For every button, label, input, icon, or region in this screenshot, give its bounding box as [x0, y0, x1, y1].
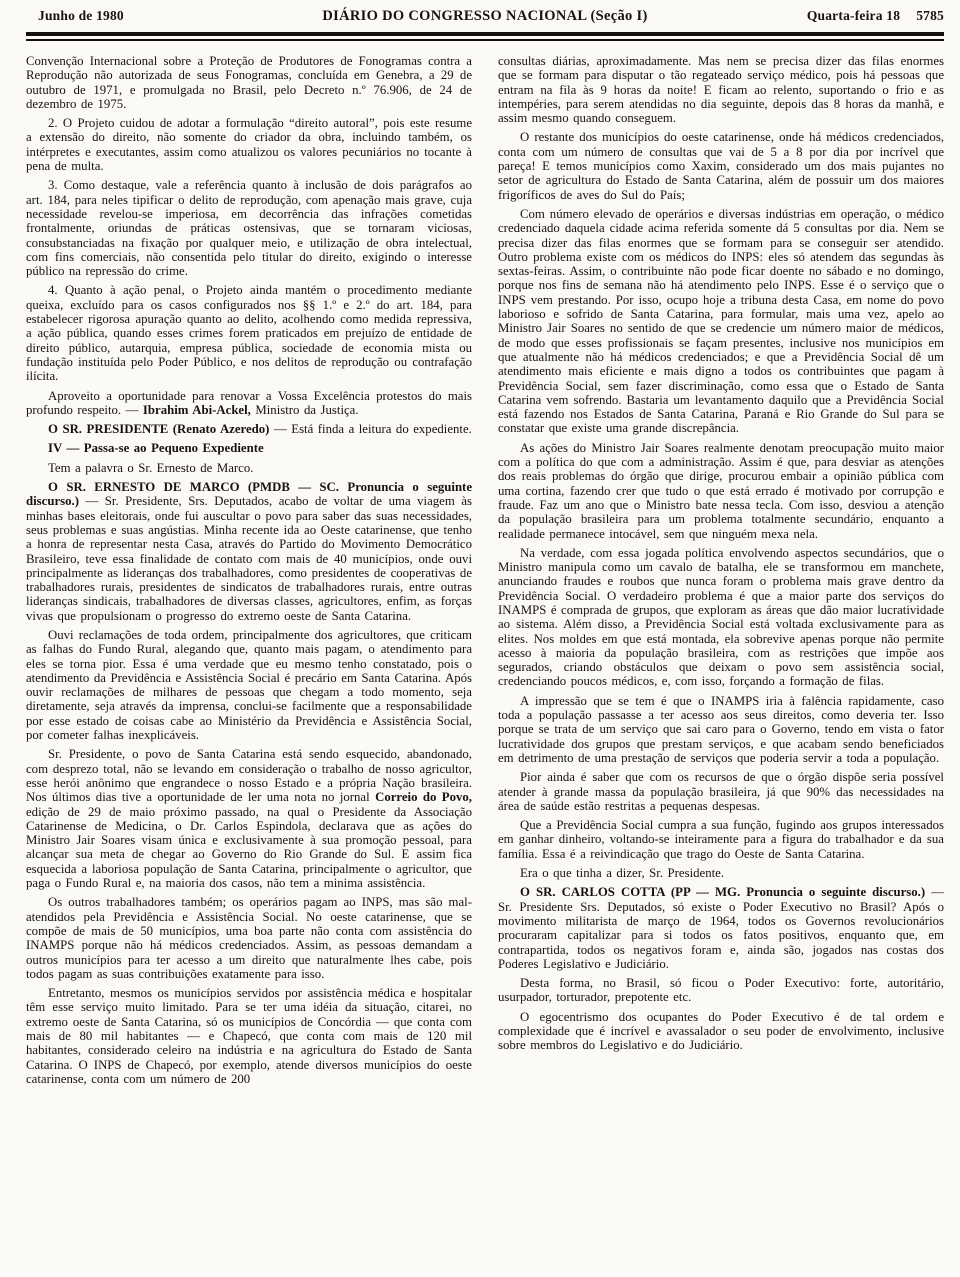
header-rule [26, 32, 944, 41]
paragraph: Ouvi reclamações de toda ordem, principa… [26, 628, 472, 742]
paragraph: Sr. Presidente, o povo de Santa Catarina… [26, 747, 472, 890]
text-segment: Ouvi reclamações de toda ordem, principa… [26, 628, 472, 742]
paragraph: O SR. PRESIDENTE (Renato Azeredo) — Está… [26, 422, 472, 436]
text-segment: Pior ainda é saber que com os recursos d… [498, 770, 944, 813]
paragraph: A impressão que se tem é que o INAMPS ir… [498, 694, 944, 765]
text-segment: Que a Previdência Social cumpra a sua fu… [498, 818, 944, 861]
paragraph: 4. Quanto à ação penal, o Projeto ainda … [26, 283, 472, 383]
paragraph: O SR. CARLOS COTTA (PP — MG. Pronuncia o… [498, 885, 944, 971]
text-segment: Era o que tinha a dizer, Sr. Presidente. [520, 866, 724, 880]
gazette-page: Junho de 1980 DIÁRIO DO CONGRESSO NACION… [0, 0, 960, 1091]
header-date: Junho de 1980 [26, 8, 246, 24]
text-segment: — Está finda a leitura do expediente. [269, 422, 471, 436]
content: Convenção Internacional sobre a Proteção… [26, 54, 944, 1091]
text-segment: Desta forma, no Brasil, só ficou o Poder… [498, 976, 944, 1004]
text-segment: As ações do Ministro Jair Soares realmen… [498, 441, 944, 541]
text-segment: IV — Passa-se ao Pequeno Expediente [48, 441, 264, 455]
text-segment: Tem a palavra o Sr. Ernesto de Marco. [48, 461, 253, 475]
text-segment: Convenção Internacional sobre a Proteção… [26, 54, 472, 111]
paragraph: Na verdade, com essa jogada política env… [498, 546, 944, 689]
paragraph: Era o que tinha a dizer, Sr. Presidente. [498, 866, 944, 880]
page: { "header": { "date": "Junho de 1980", "… [0, 0, 960, 1277]
text-segment: O egocentrismo dos ocupantes do Poder Ex… [498, 1010, 944, 1053]
text-segment: 3. Como destaque, vale a referência quan… [26, 178, 472, 278]
header: Junho de 1980 DIÁRIO DO CONGRESSO NACION… [26, 8, 944, 25]
paragraph: Com número elevado de operários e divers… [498, 207, 944, 436]
paragraph: O egocentrismo dos ocupantes do Poder Ex… [498, 1010, 944, 1053]
paragraph: Que a Previdência Social cumpra a sua fu… [498, 818, 944, 861]
text-segment: consultas diárias, aproximadamente. Mas … [498, 54, 944, 125]
bold-segment: O SR. PRESIDENTE (Renato Azeredo) [48, 422, 269, 436]
paragraph: consultas diárias, aproximadamente. Mas … [498, 54, 944, 125]
header-page-number: 5785 [916, 8, 944, 24]
text-segment: Entretanto, mesmos os municípios servido… [26, 986, 472, 1086]
right-column: consultas diárias, aproximadamente. Mas … [498, 54, 944, 1091]
bold-segment: Correio do Povo, [375, 790, 472, 804]
bold-segment: O SR. CARLOS COTTA (PP — MG. Pronuncia o… [520, 885, 925, 899]
text-segment: 2. O Projeto cuidou de adotar a formulaç… [26, 116, 472, 173]
bold-segment: Ibrahim Abi-Ackel, [143, 403, 251, 417]
header-weekday: Quarta-feira 18 [807, 8, 900, 24]
text-segment: O restante dos municípios do oeste catar… [498, 130, 944, 201]
paragraph: Desta forma, no Brasil, só ficou o Poder… [498, 976, 944, 1005]
text-segment: 4. Quanto à ação penal, o Projeto ainda … [26, 283, 472, 383]
section-heading: IV — Passa-se ao Pequeno Expediente [26, 441, 472, 455]
header-title: DIÁRIO DO CONGRESSO NACIONAL (Seção I) [246, 8, 724, 25]
paragraph: Entretanto, mesmos os municípios servido… [26, 986, 472, 1086]
paragraph: 2. O Projeto cuidou de adotar a formulaç… [26, 116, 472, 173]
text-segment: edição de 29 de maio próximo passado, na… [26, 805, 472, 890]
left-column: Convenção Internacional sobre a Proteção… [26, 54, 472, 1091]
text-segment: A impressão que se tem é que o INAMPS ir… [498, 694, 944, 765]
text-segment: Com número elevado de operários e divers… [498, 207, 944, 435]
header-page-info: Quarta-feira 18 5785 [724, 8, 944, 24]
paragraph: O SR. ERNESTO DE MARCO (PMDB — SC. Pronu… [26, 480, 472, 623]
paragraph: Os outros trabalhadores também; os operá… [26, 895, 472, 981]
text-segment: Os outros trabalhadores também; os operá… [26, 895, 472, 980]
text-segment: — Sr. Presidente, Srs. Deputados, acabo … [26, 494, 472, 622]
text-segment: Ministro da Justiça. [251, 403, 359, 417]
paragraph: Tem a palavra o Sr. Ernesto de Marco. [26, 461, 472, 475]
paragraph: As ações do Ministro Jair Soares realmen… [498, 441, 944, 541]
paragraph: Convenção Internacional sobre a Proteção… [26, 54, 472, 111]
paragraph: 3. Como destaque, vale a referência quan… [26, 178, 472, 278]
paragraph: Aproveito a oportunidade para renovar a … [26, 389, 472, 418]
paragraph: O restante dos municípios do oeste catar… [498, 130, 944, 201]
paragraph: Pior ainda é saber que com os recursos d… [498, 770, 944, 813]
text-segment: Na verdade, com essa jogada política env… [498, 546, 944, 689]
